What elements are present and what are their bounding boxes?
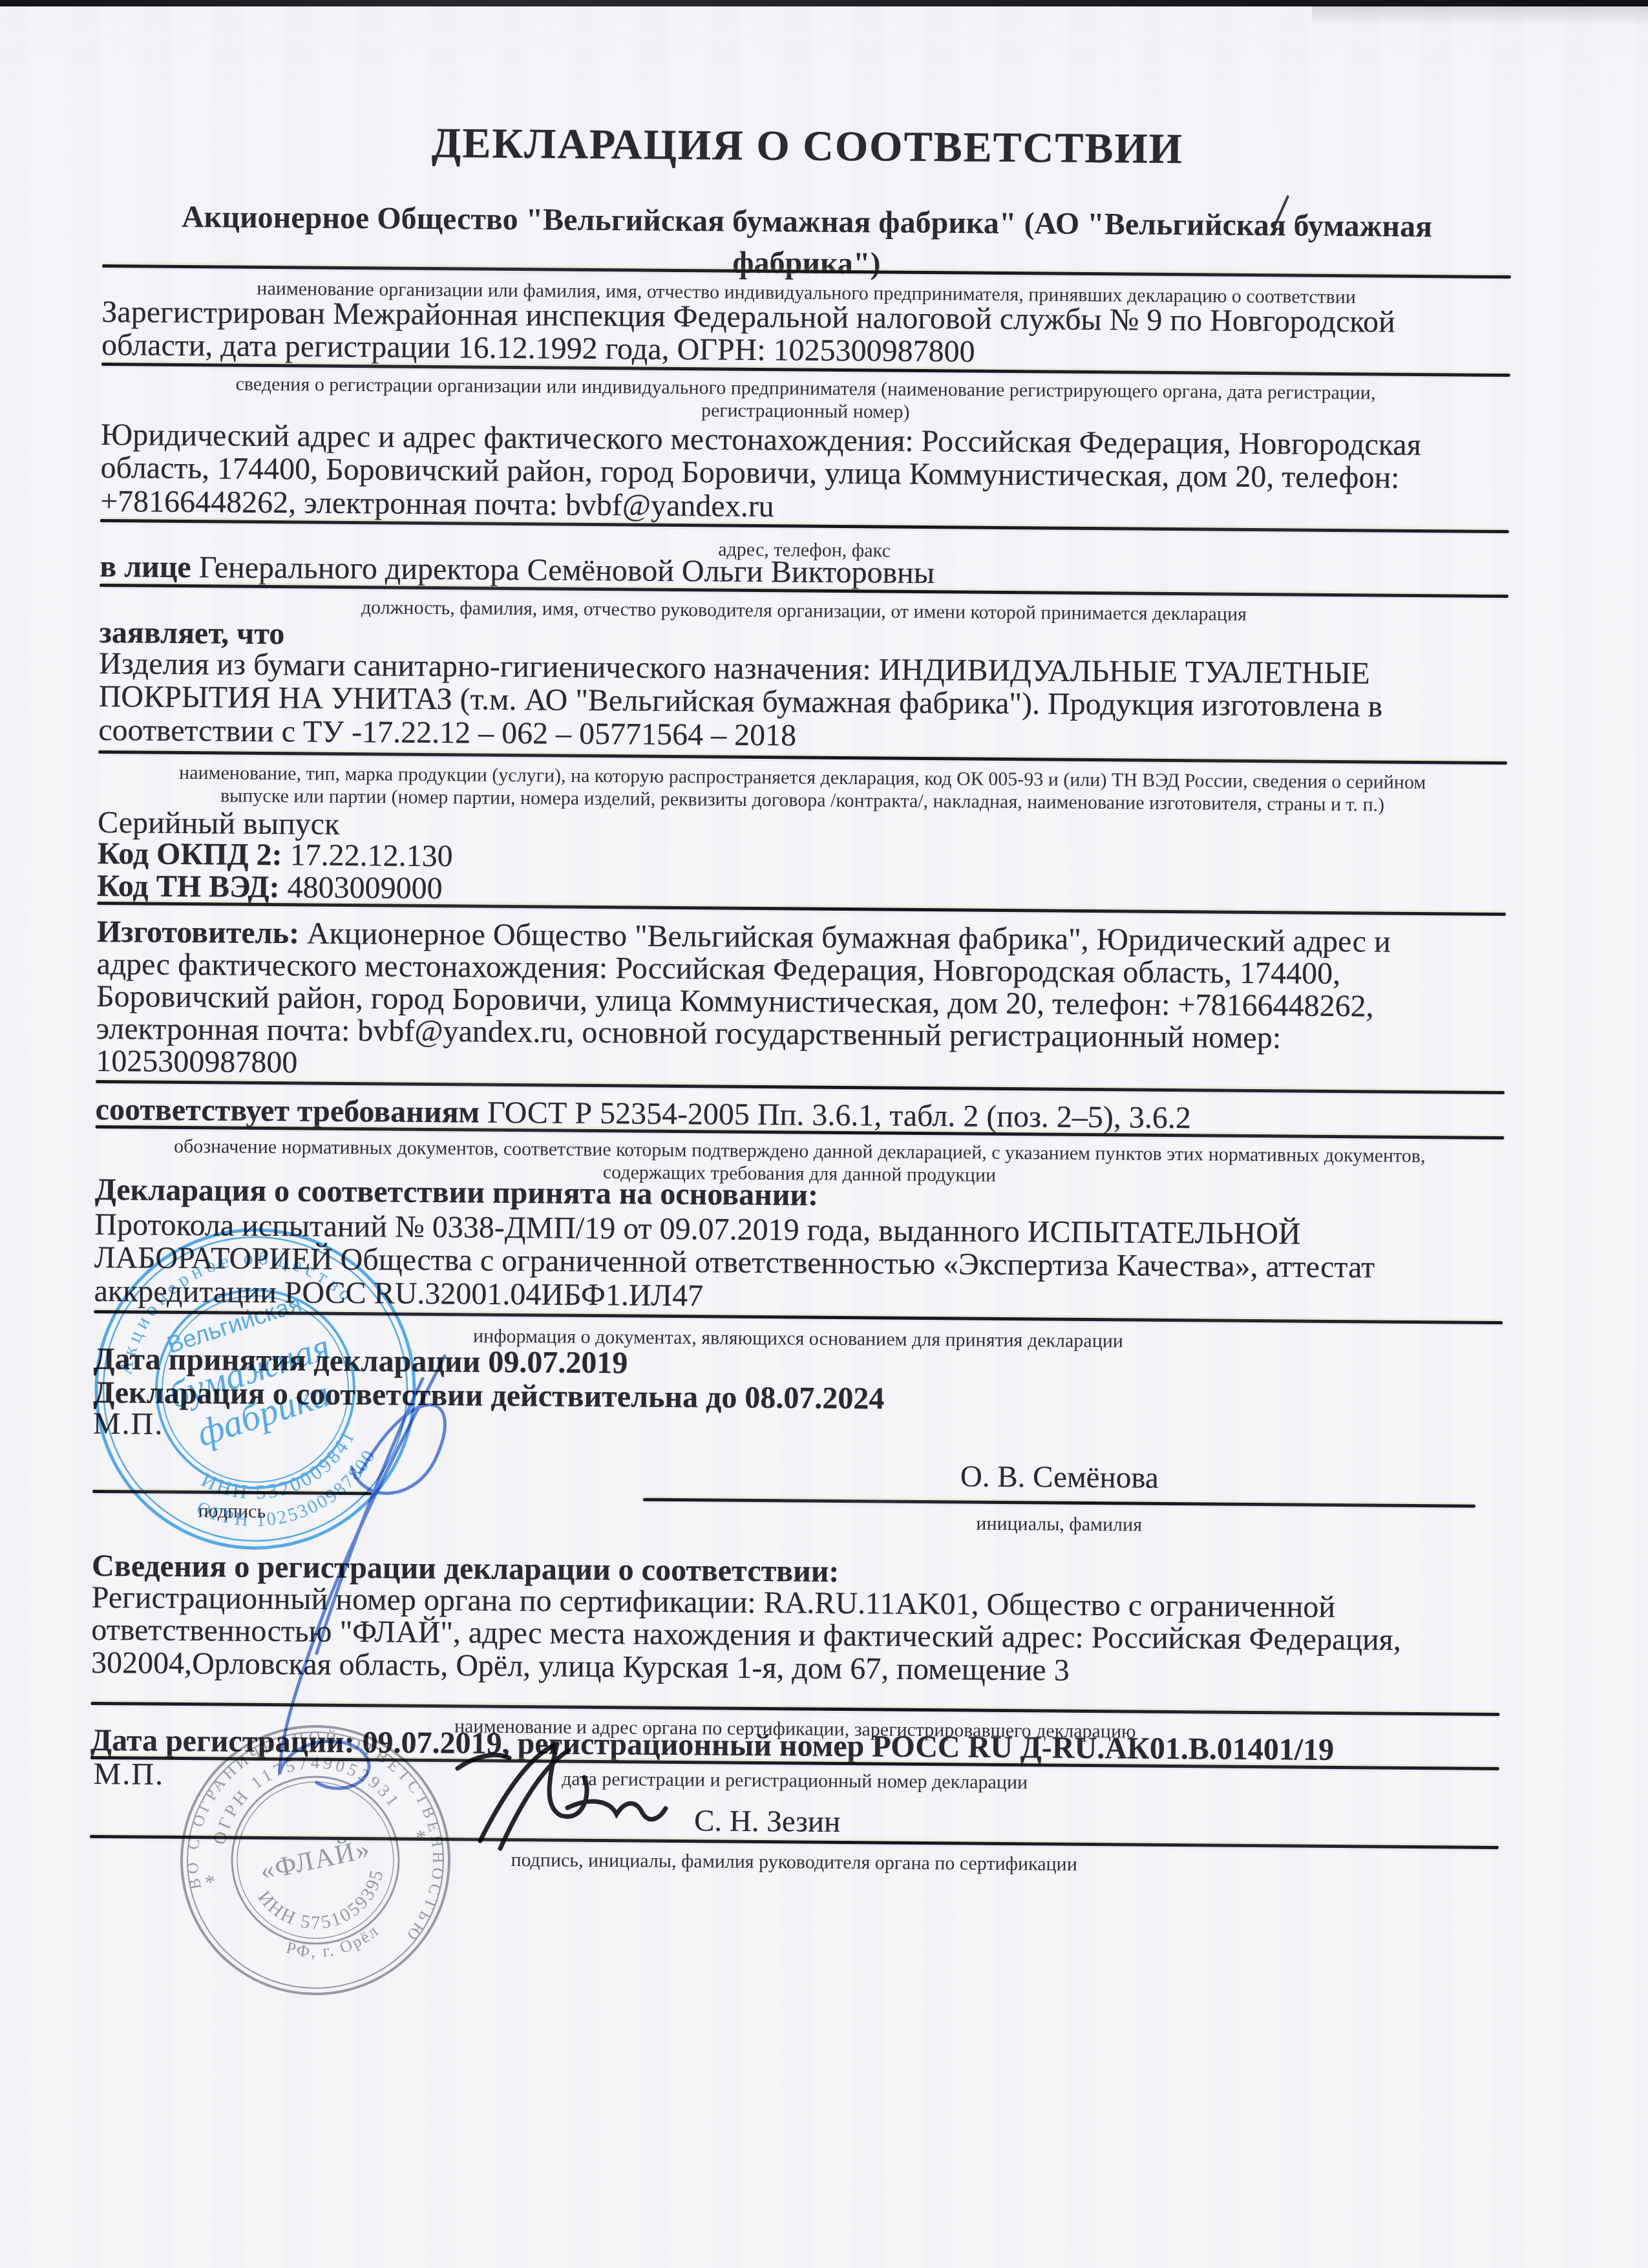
scan-edge-artifact — [0, 0, 1648, 6]
rule-signatory-1-name — [643, 1498, 1475, 1508]
scanned-declaration-page: ДЕКЛАРАЦИЯ О СООТВЕТСТВИИ Акционерное Об… — [0, 0, 1648, 2268]
signatory-1-name: О. В. Семёнова — [643, 1458, 1475, 1497]
document-title: ДЕКЛАРАЦИЯ О СООТВЕТСТВИИ — [103, 118, 1512, 175]
conformity-label: соответствует требованиям — [96, 1092, 480, 1130]
signatory-2-name: С. Н. Зезин — [694, 1805, 1146, 1841]
certifier-pen-signature — [445, 1730, 680, 1869]
manufacturer-label: Изготовитель: — [97, 915, 300, 950]
signatory-1-name-caption: инициалы, фамилия — [643, 1510, 1475, 1540]
head-label: в лице — [100, 549, 191, 584]
director-pen-signature — [244, 1317, 467, 1798]
address-info: Юридический адрес и адрес фактического м… — [100, 418, 1510, 529]
tnved-value: 4803009000 — [279, 870, 442, 906]
okpd-label: Код ОКПД 2: — [98, 836, 282, 872]
scan-smudge-artifact — [1312, 6, 1648, 26]
product-description: Изделия из бумаги санитарно-гигиеническо… — [98, 647, 1508, 758]
tnved-label: Код ТН ВЭД: — [97, 869, 280, 904]
fly-stamp-center-name: «ФЛАЙ» — [258, 1834, 374, 1887]
registration-info: Зарегистрирован Межрайонная инспекция Фе… — [101, 295, 1511, 373]
head-value: Генерального директора Семёновой Ольги В… — [191, 550, 935, 590]
manufacturer-info: Изготовитель: Акционерное Общество "Вель… — [96, 916, 1506, 1088]
okpd-value: 17.22.12.130 — [282, 838, 452, 873]
fly-stamp-asterisk-left: * — [203, 1869, 218, 1894]
